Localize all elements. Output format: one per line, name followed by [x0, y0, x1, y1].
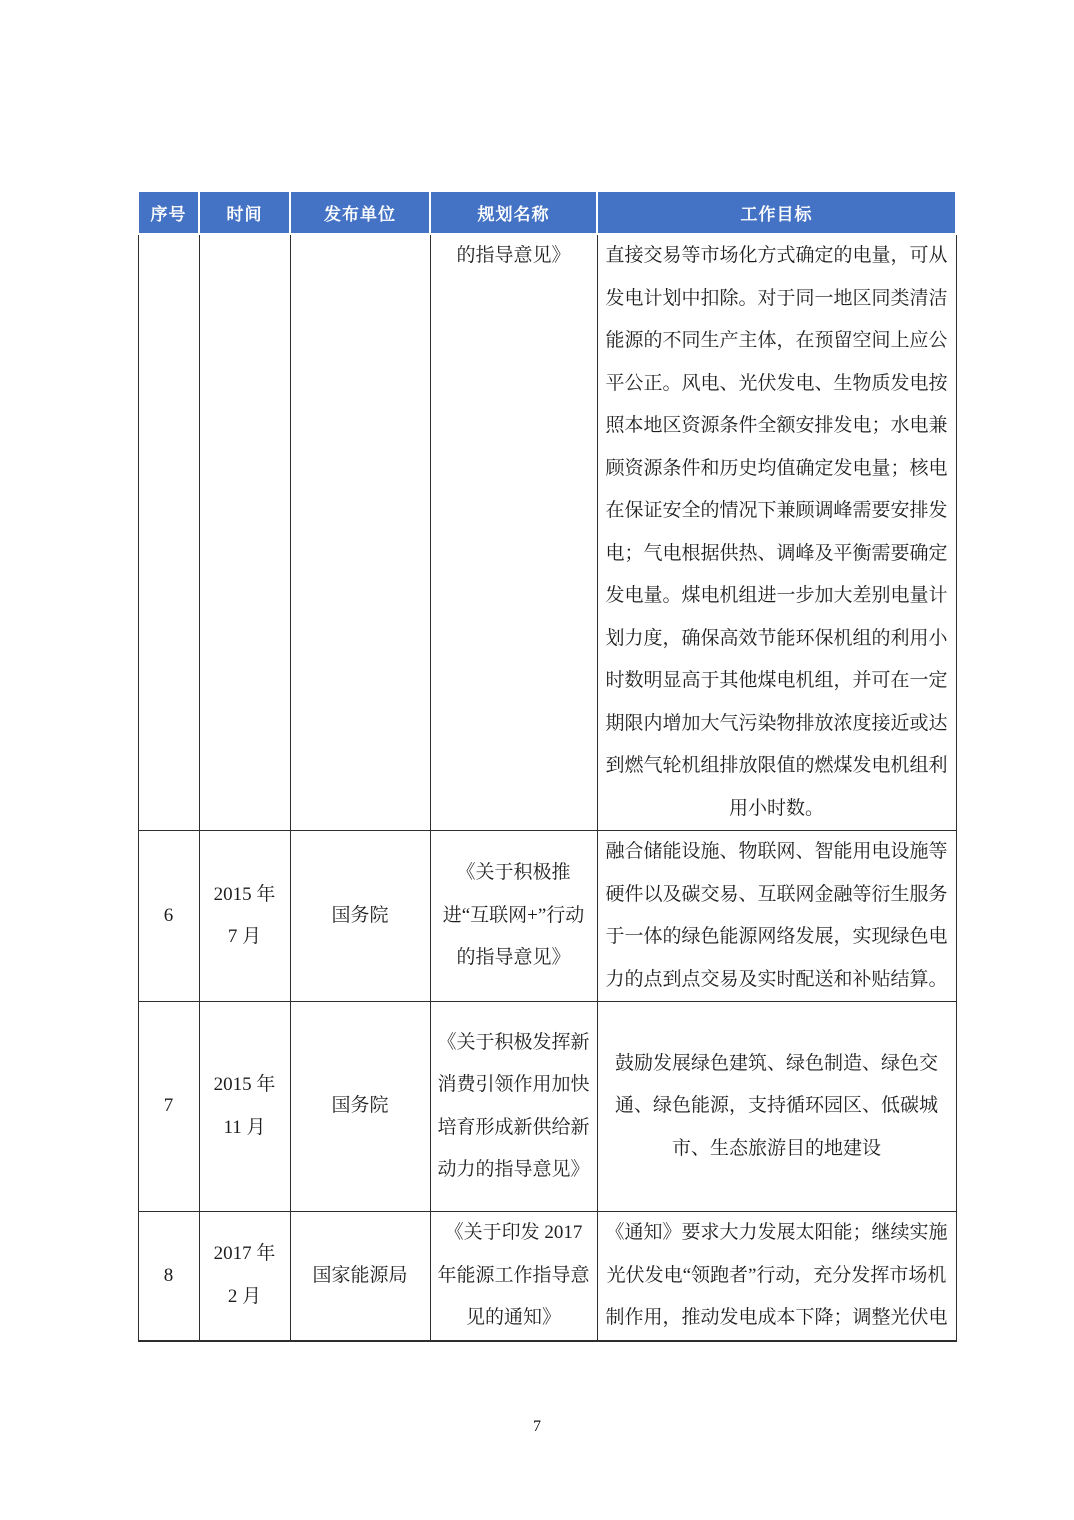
- cell-time: 2017 年 2 月: [199, 1212, 290, 1341]
- cell-time: [199, 234, 290, 831]
- cell-agency: [290, 234, 430, 831]
- cell-plan-name: 《关于积极发挥新消费引领作用加快培育形成新供给新动力的指导意见》: [430, 1002, 597, 1212]
- table-row-6: 6 2015 年 7 月 国务院 《关于积极推进“互联网+”行动的指导意见》 融…: [138, 831, 956, 1002]
- cell-plan-name: 《关于积极推进“互联网+”行动的指导意见》: [430, 831, 597, 1002]
- header-cell-seq: 序号: [138, 191, 199, 234]
- header-cell-objective: 工作目标: [597, 191, 956, 234]
- cell-seq: [138, 234, 199, 831]
- cell-objective: 《通知》要求大力发展太阳能；继续实施光伏发电“领跑者”行动，充分发挥市场机制作用…: [597, 1212, 956, 1341]
- page-number: 7: [0, 1418, 1074, 1436]
- cell-seq: 7: [138, 1002, 199, 1212]
- header-cell-plan-name: 规划名称: [430, 191, 597, 234]
- cell-time: 2015 年 7 月: [199, 831, 290, 1002]
- table-row-continuation: 的指导意见》 直接交易等市场化方式确定的电量，可从发电计划中扣除。对于同一地区同…: [138, 234, 956, 831]
- cell-time: 2015 年 11 月: [199, 1002, 290, 1212]
- cell-plan-name: 的指导意见》: [430, 234, 597, 831]
- cell-objective: 融合储能设施、物联网、智能用电设施等硬件以及碳交易、互联网金融等衍生服务于一体的…: [597, 831, 956, 1002]
- header-cell-time: 时间: [199, 191, 290, 234]
- table-row-8: 8 2017 年 2 月 国家能源局 《关于印发 2017 年能源工作指导意见的…: [138, 1212, 956, 1341]
- table-header-row: 序号 时间 发布单位 规划名称 工作目标: [138, 191, 956, 234]
- cell-seq: 6: [138, 831, 199, 1002]
- cell-seq: 8: [138, 1212, 199, 1341]
- table-row-7: 7 2015 年 11 月 国务院 《关于积极发挥新消费引领作用加快培育形成新供…: [138, 1002, 956, 1212]
- document-page: { "page_number": "7", "colors": { "heade…: [0, 0, 1074, 1520]
- cell-agency: 国务院: [290, 1002, 430, 1212]
- cell-plan-name: 《关于印发 2017 年能源工作指导意见的通知》: [430, 1212, 597, 1341]
- cell-agency: 国家能源局: [290, 1212, 430, 1341]
- header-cell-agency: 发布单位: [290, 191, 430, 234]
- policy-table: 序号 时间 发布单位 规划名称 工作目标 的指导意见》 直接交易等市场化方式确定…: [137, 190, 957, 1342]
- cell-agency: 国务院: [290, 831, 430, 1002]
- cell-objective: 直接交易等市场化方式确定的电量，可从发电计划中扣除。对于同一地区同类清洁能源的不…: [597, 234, 956, 831]
- cell-objective: 鼓励发展绿色建筑、绿色制造、绿色交通、绿色能源，支持循环园区、低碳城市、生态旅游…: [597, 1002, 956, 1212]
